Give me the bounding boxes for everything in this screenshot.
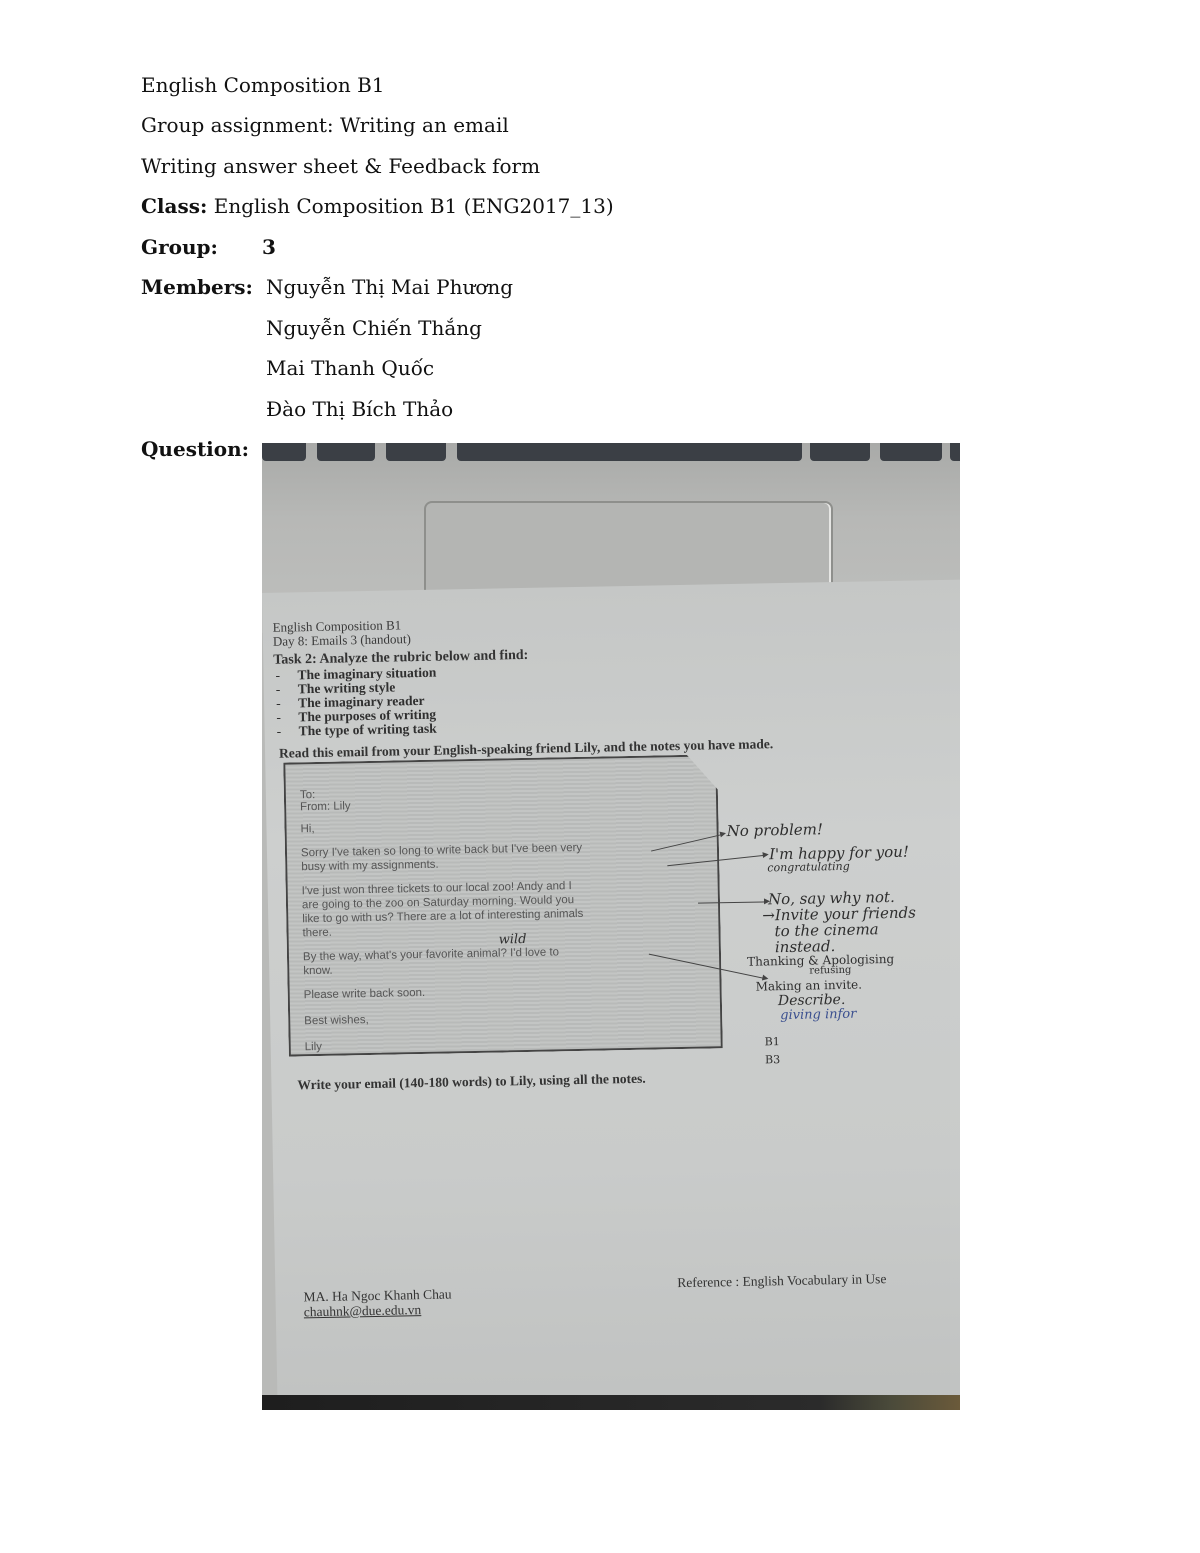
email-closing: Please write back soon. [304, 986, 426, 1002]
handout-day: Day 8: Emails 3 (handout) [273, 632, 411, 649]
group-value: 3 [262, 235, 276, 259]
note-b3: B3 [765, 1053, 780, 1066]
note-refusing: refusing [809, 965, 851, 977]
keyboard-spacebar [457, 443, 802, 461]
handout-instruction: Read this email from your English-speaki… [279, 736, 773, 761]
keyboard-key [317, 443, 375, 461]
handout-paper: English Composition B1 Day 8: Emails 3 (… [262, 579, 960, 1410]
question-photo: English Composition B1 Day 8: Emails 3 (… [262, 443, 960, 1410]
class-label: Class: [141, 194, 207, 218]
email-name: Lily [305, 1040, 323, 1054]
email-line: there. [302, 926, 332, 941]
keyboard-key [386, 443, 446, 461]
task-bullet: -The type of writing task [299, 721, 437, 740]
keyboard-key [880, 443, 942, 461]
class-value: English Composition B1 (ENG2017_13) [207, 194, 613, 218]
note-b1: B1 [765, 1035, 780, 1048]
email-line: By the way, what's your favorite animal?… [303, 945, 559, 964]
reference: Reference : English Vocabulary in Use [677, 1271, 886, 1291]
note-no-problem: No problem! [726, 820, 823, 840]
assignment-title: Group assignment: Writing an email [141, 113, 509, 137]
course-title: English Composition B1 [141, 73, 385, 97]
email-box: To: From: Lily Hi, Sorry I've taken so l… [283, 754, 723, 1056]
member-name: Đào Thị Bích Thảo [266, 397, 453, 421]
member-name: Nguyễn Chiến Thắng [266, 316, 482, 340]
sheet-title: Writing answer sheet & Feedback form [141, 154, 540, 178]
member-name: Mai Thanh Quốc [266, 356, 434, 380]
question-label: Question: [141, 437, 249, 461]
keyboard-key [950, 443, 960, 461]
note-giving-infor: giving infor [780, 1007, 856, 1023]
email-from: From: Lily [300, 799, 351, 814]
email-greeting: Hi, [300, 822, 314, 836]
email-signoff: Best wishes, [304, 1013, 369, 1028]
write-instruction: Write your email (140-180 words) to Lily… [297, 1071, 645, 1094]
group-label: Group: [141, 235, 218, 259]
members-label: Members: [141, 275, 253, 299]
email-line: Sorry I've taken so long to write back b… [301, 841, 582, 860]
note-making-invite: Making an invite. [756, 978, 863, 994]
email-line: know. [303, 964, 333, 979]
desk-background [262, 1395, 960, 1410]
member-name: Nguyễn Thị Mai Phương [266, 275, 513, 299]
keyboard-key [262, 443, 306, 461]
class-line: Class: English Composition B1 (ENG2017_1… [141, 194, 614, 218]
arrow-icon [698, 901, 768, 903]
teacher-email: chauhnk@due.edu.vn [304, 1302, 422, 1320]
keyboard-key [810, 443, 870, 461]
note-congratulating: congratulating [767, 860, 850, 875]
email-line: busy with my assignments. [301, 858, 439, 875]
